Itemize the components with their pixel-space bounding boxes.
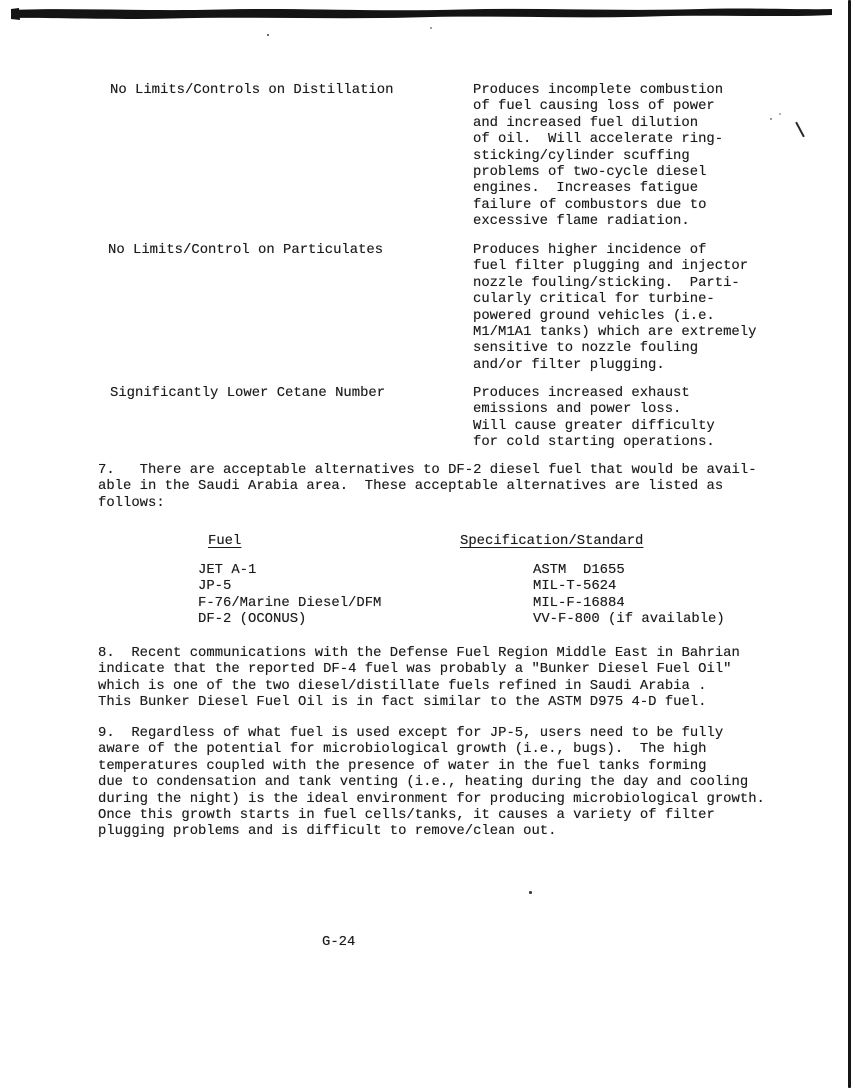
effect-text: Produces increased exhaust emissions and… xyxy=(473,385,715,451)
issue-label: Significantly Lower Cetane Number xyxy=(110,385,385,401)
issue-label: No Limits/Controls on Distillation xyxy=(110,82,393,98)
scan-speck xyxy=(430,27,432,29)
effect-text: Produces incomplete combustion of fuel c… xyxy=(473,82,723,230)
spec-cell: ASTM D1655 xyxy=(533,562,725,578)
paragraph-line: 8. Recent communications with the Defens… xyxy=(98,645,740,661)
paragraph-line: plugging problems and is difficult to re… xyxy=(98,823,765,839)
effect-line: of oil. Will accelerate ring- xyxy=(473,131,723,147)
paragraph-line: aware of the potential for microbiologic… xyxy=(98,741,765,757)
effect-line: Produces higher incidence of xyxy=(473,242,756,258)
spec-cell: MIL-F-16884 xyxy=(533,595,725,611)
effect-line: fuel filter plugging and injector xyxy=(473,258,756,274)
effect-line: for cold starting operations. xyxy=(473,434,715,450)
paragraph-line: which is one of the two diesel/distillat… xyxy=(98,678,740,694)
effect-line: and increased fuel dilution xyxy=(473,115,723,131)
paragraph-line: able in the Saudi Arabia area. These acc… xyxy=(98,478,757,494)
scan-stroke-mark xyxy=(795,122,805,138)
effect-line: emissions and power loss. xyxy=(473,401,715,417)
spec-column: ASTM D1655 MIL-T-5624 MIL-F-16884 VV-F-8… xyxy=(533,562,725,628)
page-number: G-24 xyxy=(322,934,355,950)
effect-line: engines. Increases fatigue xyxy=(473,180,723,196)
effect-line: Produces increased exhaust xyxy=(473,385,715,401)
spec-column-header: Specification/Standard xyxy=(460,533,643,549)
paragraph-line: during the night) is the ideal environme… xyxy=(98,791,765,807)
fuel-cell: JET A-1 xyxy=(198,562,381,578)
paragraph-line: follows: xyxy=(98,495,757,511)
scan-speck xyxy=(779,113,781,115)
scan-speck xyxy=(770,118,772,120)
paragraph-9: 9. Regardless of what fuel is used excep… xyxy=(98,725,765,840)
effect-line: sticking/cylinder scuffing xyxy=(473,148,723,164)
effect-line: M1/M1A1 tanks) which are extremely xyxy=(473,324,756,340)
effect-line: sensitive to nozzle fouling xyxy=(473,340,756,356)
scan-speck xyxy=(267,34,269,36)
paragraph-line: This Bunker Diesel Fuel Oil is in fact s… xyxy=(98,694,740,710)
effect-line: powered ground vehicles (i.e. xyxy=(473,308,756,324)
paragraph-line: 9. Regardless of what fuel is used excep… xyxy=(98,725,765,741)
effect-line: Produces incomplete combustion xyxy=(473,82,723,98)
effect-line: problems of two-cycle diesel xyxy=(473,164,723,180)
scan-top-border xyxy=(11,7,832,21)
paragraph-line: indicate that the reported DF-4 fuel was… xyxy=(98,661,740,677)
document-page: No Limits/Controls on Distillation Produ… xyxy=(0,0,851,1088)
effect-line: nozzle fouling/sticking. Parti- xyxy=(473,275,756,291)
effect-line: and/or filter plugging. xyxy=(473,357,756,373)
fuel-column: JET A-1 JP-5 F-76/Marine Diesel/DFM DF-2… xyxy=(198,562,381,628)
fuel-cell: JP-5 xyxy=(198,578,381,594)
paragraph-line: Once this growth starts in fuel cells/ta… xyxy=(98,807,765,823)
effect-line: Will cause greater difficulty xyxy=(473,418,715,434)
fuel-cell: F-76/Marine Diesel/DFM xyxy=(198,595,381,611)
spec-cell: MIL-T-5624 xyxy=(533,578,725,594)
paragraph-line: 7. There are acceptable alternatives to … xyxy=(98,462,757,478)
effect-line: excessive flame radiation. xyxy=(473,213,723,229)
issue-label: No Limits/Control on Particulates xyxy=(108,242,383,258)
effect-line: of fuel causing loss of power xyxy=(473,98,723,114)
paragraph-line: temperatures coupled with the presence o… xyxy=(98,758,765,774)
scan-speck xyxy=(529,891,532,894)
effect-line: failure of combustors due to xyxy=(473,197,723,213)
paragraph-7: 7. There are acceptable alternatives to … xyxy=(98,462,757,511)
spec-cell: VV-F-800 (if available) xyxy=(533,611,725,627)
fuel-column-header: Fuel xyxy=(208,533,241,549)
fuel-cell: DF-2 (OCONUS) xyxy=(198,611,381,627)
paragraph-8: 8. Recent communications with the Defens… xyxy=(98,645,740,711)
paragraph-line: due to condensation and tank venting (i.… xyxy=(98,774,765,790)
effect-line: cularly critical for turbine- xyxy=(473,291,756,307)
effect-text: Produces higher incidence of fuel filter… xyxy=(473,242,756,373)
